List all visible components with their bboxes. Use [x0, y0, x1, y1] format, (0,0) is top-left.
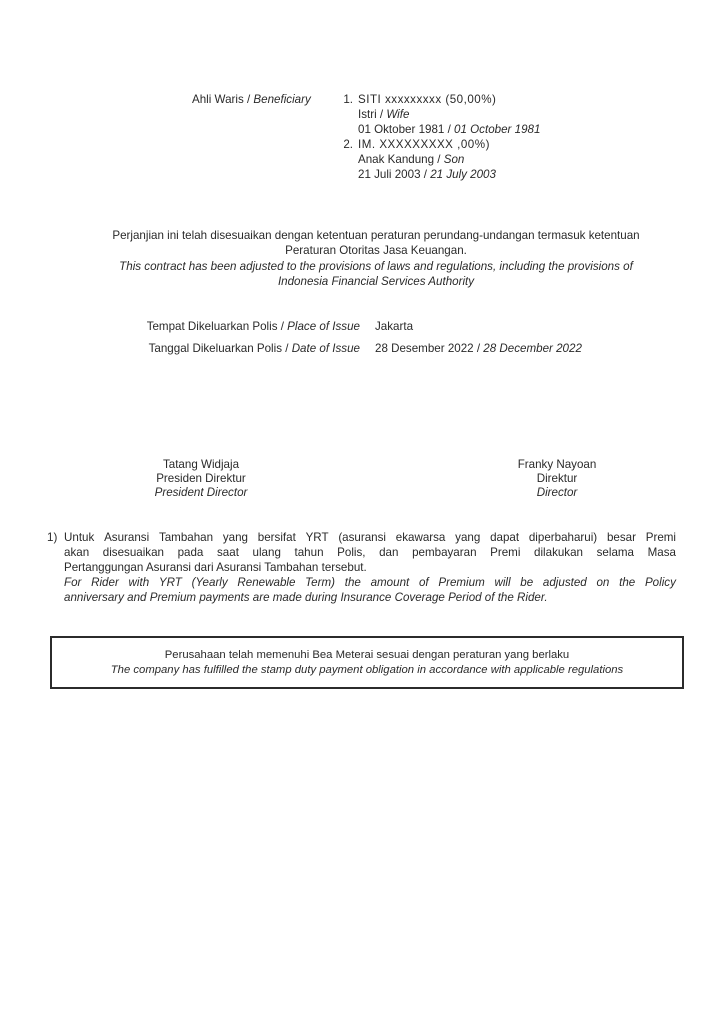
- word: YRT: [306, 531, 329, 546]
- beneficiary-2-relation-id: Anak Kandung /: [358, 153, 444, 166]
- beneficiary-1-dob: 01 Oktober 1981 / 01 October 1981: [358, 123, 540, 137]
- beneficiary-2-dob-en: 21 July 2003: [430, 168, 496, 181]
- word: (asuransi: [338, 531, 386, 546]
- date-of-issue-value-id: 28 Desember 2022 /: [375, 342, 483, 355]
- regulation-id-line-2: Peraturan Otoritas Jasa Keuangan.: [60, 244, 692, 258]
- beneficiary-label-id: Ahli Waris /: [192, 93, 253, 106]
- word: akan: [64, 546, 89, 561]
- stamp-duty-notice: Perusahaan telah memenuhi Bea Meterai se…: [50, 636, 684, 689]
- stamp-duty-text-en: The company has fulfilled the stamp duty…: [52, 663, 682, 677]
- beneficiary-2-dob-id: 21 Juli 2003 /: [358, 168, 430, 181]
- word: of: [419, 576, 429, 591]
- signatory-title: Direktur: [457, 472, 657, 486]
- word: with: [129, 576, 150, 591]
- word: Rider: [91, 576, 119, 591]
- word: selama: [597, 546, 634, 561]
- place-of-issue-value: Jakarta: [375, 320, 413, 334]
- footnote-number: 1): [47, 531, 57, 545]
- regulation-en-line-1: This contract has been adjusted to the p…: [60, 260, 692, 274]
- word: tahun: [295, 546, 324, 561]
- word: adjusted: [543, 576, 587, 591]
- date-of-issue-label-en: Date of Issue: [292, 342, 360, 355]
- word: Term): [305, 576, 335, 591]
- beneficiary-1-number: 1.: [333, 93, 353, 107]
- place-of-issue-label: Tempat Dikeluarkan Polis / Place of Issu…: [147, 320, 360, 334]
- beneficiary-2-relation: Anak Kandung / Son: [358, 153, 464, 167]
- word: Policy: [645, 576, 676, 591]
- word: will: [494, 576, 510, 591]
- word: ulang: [253, 546, 281, 561]
- word: Premium: [438, 576, 484, 591]
- word: pada: [178, 546, 204, 561]
- word: amount: [371, 576, 410, 591]
- word: Premi: [646, 531, 676, 546]
- signatory-name: Tatang Widjaja: [101, 458, 301, 472]
- word: Masa: [648, 546, 676, 561]
- footnote-text: UntukAsuransiTambahanyangbersifatYRT(asu…: [64, 531, 676, 606]
- word: pembayaran: [412, 546, 476, 561]
- place-of-issue-label-id: Tempat Dikeluarkan Polis /: [147, 320, 287, 333]
- word: disesuaikan: [103, 546, 164, 561]
- word: on: [596, 576, 609, 591]
- stamp-duty-text-id: Perusahaan telah memenuhi Bea Meterai se…: [52, 648, 682, 662]
- beneficiary-1-dob-id: 01 Oktober 1981 /: [358, 123, 454, 136]
- word: For: [64, 576, 81, 591]
- footnote-line-text: Pertanggungan Asuransi dari Asuransi Tam…: [64, 561, 367, 576]
- word: bersifat: [258, 531, 296, 546]
- word: Premi: [490, 546, 520, 561]
- signatory-title: Presiden Direktur: [101, 472, 301, 486]
- footnote-line-en-text: anniversary and Premium payments are mad…: [64, 591, 548, 606]
- word: Renewable: [237, 576, 295, 591]
- beneficiary-2-relation-en: Son: [444, 153, 465, 166]
- word: saat: [217, 546, 239, 561]
- word: dapat: [490, 531, 519, 546]
- word: dan: [379, 546, 398, 561]
- word: besar: [607, 531, 636, 546]
- beneficiary-2-name: IM. XXXXXXXXX ,00%): [358, 138, 490, 152]
- beneficiary-2-dob: 21 Juli 2003 / 21 July 2003: [358, 168, 496, 182]
- date-of-issue-label-id: Tanggal Dikeluarkan Polis /: [149, 342, 292, 355]
- regulation-en-line-2: Indonesia Financial Services Authority: [60, 275, 692, 289]
- word: ekawarsa: [396, 531, 446, 546]
- signatory-name: Franky Nayoan: [457, 458, 657, 472]
- date-of-issue-label: Tanggal Dikeluarkan Polis / Date of Issu…: [149, 342, 360, 356]
- date-of-issue-value: 28 Desember 2022 / 28 December 2022: [375, 342, 582, 356]
- word: yang: [455, 531, 480, 546]
- beneficiary-label: Ahli Waris / Beneficiary: [192, 93, 311, 107]
- word: dilakukan: [534, 546, 583, 561]
- footnote-line-en: ForRiderwithYRT(YearlyRenewableTerm)thea…: [64, 576, 676, 591]
- word: yang: [223, 531, 248, 546]
- word: Untuk: [64, 531, 94, 546]
- word: Tambahan: [159, 531, 213, 546]
- footnote-line: Pertanggungan Asuransi dari Asuransi Tam…: [64, 561, 676, 576]
- footnote-line-en: anniversary and Premium payments are mad…: [64, 591, 676, 606]
- word: the: [345, 576, 361, 591]
- beneficiary-1-dob-en: 01 October 1981: [454, 123, 540, 136]
- word: Polis,: [337, 546, 365, 561]
- word: diperbaharui): [529, 531, 597, 546]
- signature-president-director: Tatang Widjaja Presiden Direktur Preside…: [101, 458, 301, 500]
- date-of-issue-value-en: 28 December 2022: [483, 342, 582, 355]
- beneficiary-1-relation: Istri / Wife: [358, 108, 409, 122]
- word: be: [520, 576, 533, 591]
- beneficiary-1-name: SITI xxxxxxxxx (50,00%): [358, 93, 496, 107]
- signatory-title-en: President Director: [101, 486, 301, 500]
- word: Asuransi: [104, 531, 149, 546]
- word: (Yearly: [192, 576, 228, 591]
- place-of-issue-label-en: Place of Issue: [287, 320, 360, 333]
- beneficiary-1-relation-id: Istri /: [358, 108, 386, 121]
- beneficiary-label-en: Beneficiary: [253, 93, 310, 106]
- word: the: [619, 576, 635, 591]
- signatory-title-en: Director: [457, 486, 657, 500]
- beneficiary-2-number: 2.: [333, 138, 353, 152]
- regulation-id-line-1: Perjanjian ini telah disesuaikan dengan …: [60, 229, 692, 243]
- footnote-line: akandisesuaikanpadasaatulangtahunPolis,d…: [64, 546, 676, 561]
- footnote-line: UntukAsuransiTambahanyangbersifatYRT(asu…: [64, 531, 676, 546]
- beneficiary-1-relation-en: Wife: [386, 108, 409, 121]
- word: YRT: [159, 576, 182, 591]
- signature-director: Franky Nayoan Direktur Director: [457, 458, 657, 500]
